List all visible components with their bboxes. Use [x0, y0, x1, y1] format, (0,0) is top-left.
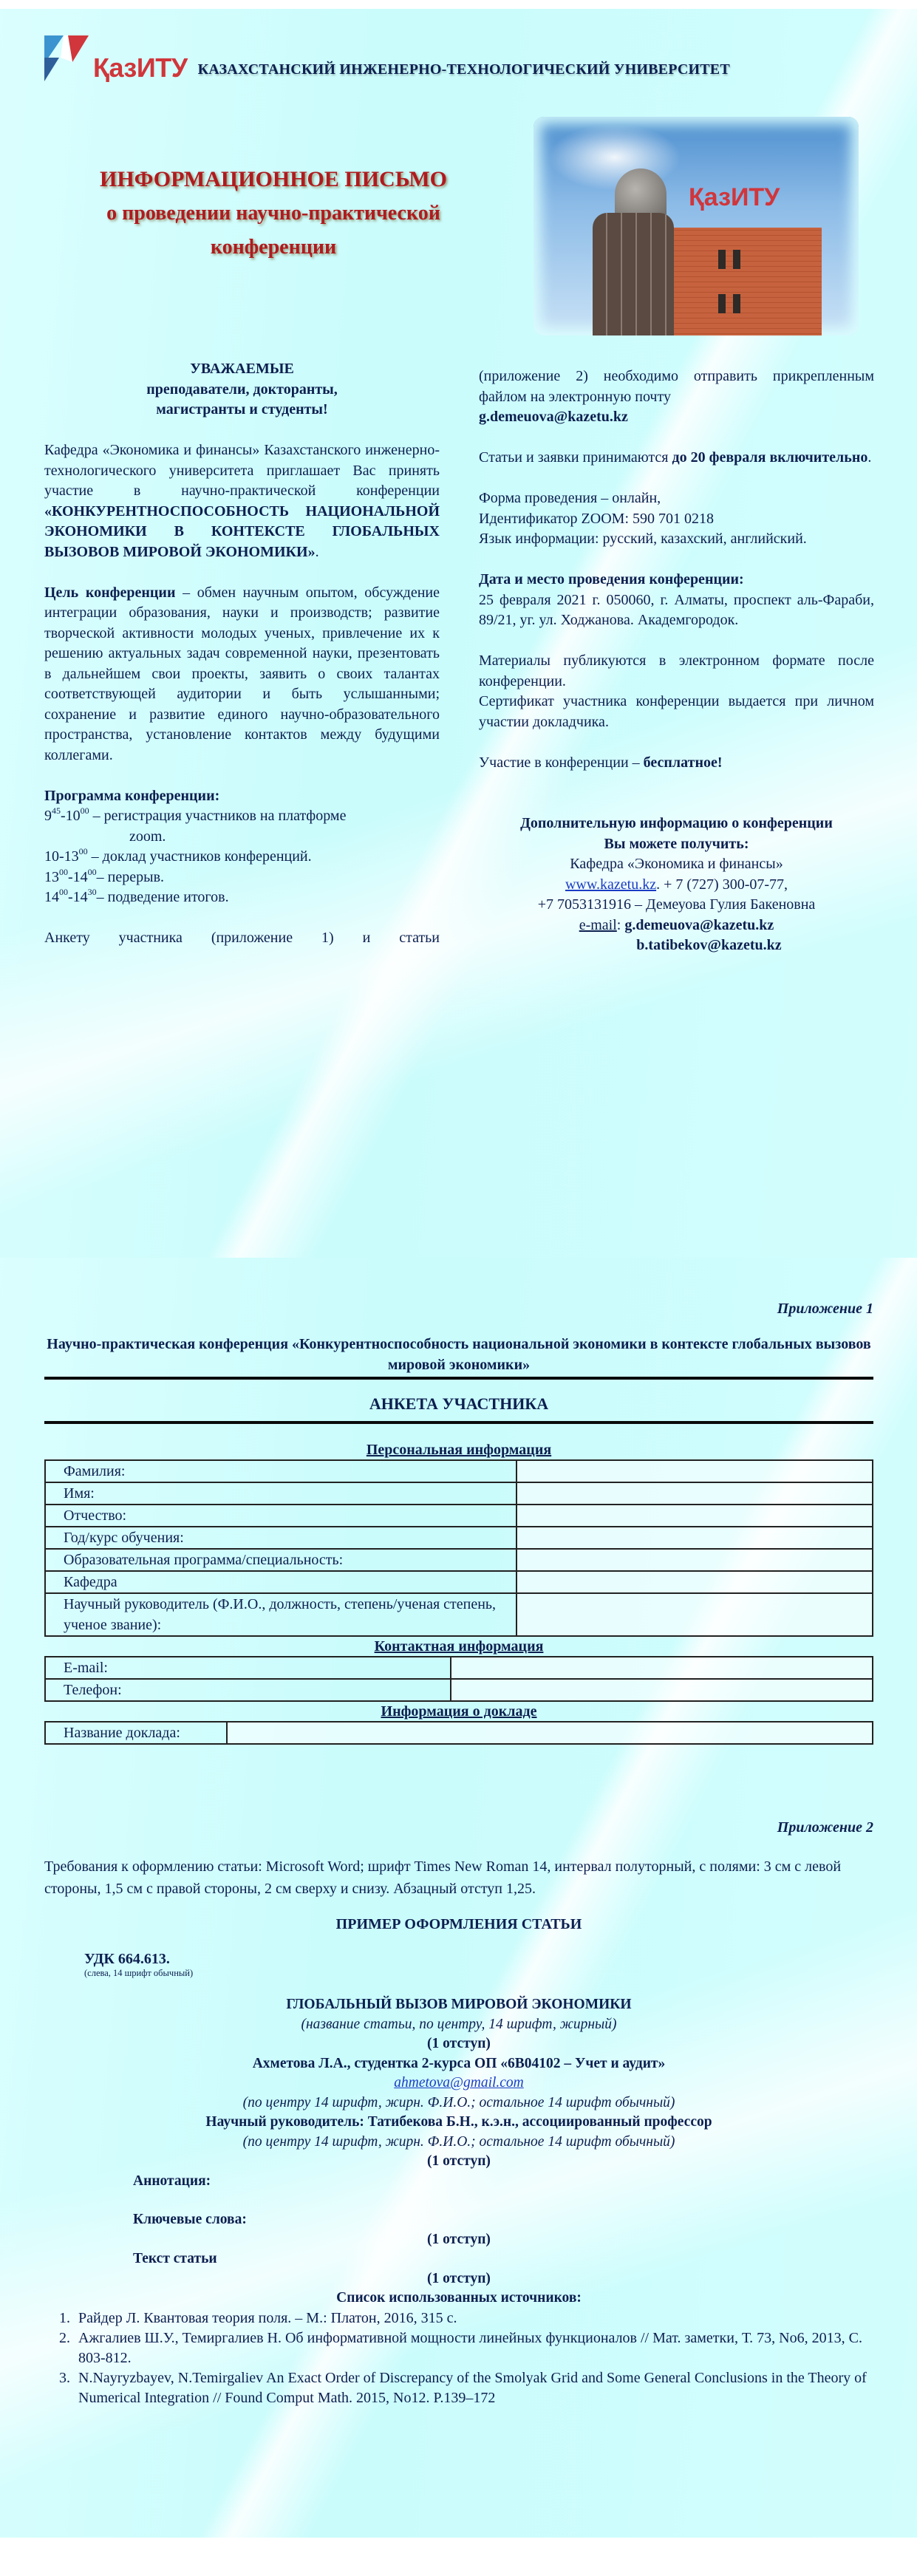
- program-title: Программа конференции:: [44, 786, 440, 807]
- form-field-input[interactable]: [517, 1571, 873, 1593]
- greeting-line-2: преподаватели, докторанты,: [44, 380, 440, 401]
- university-name: КАЗАХСТАНСКИЙ ИНЖЕНЕРНО-ТЕХНОЛОГИЧЕСКИЙ …: [198, 61, 730, 78]
- form-field-label: Фамилия:: [45, 1460, 517, 1482]
- program-item: 1300-1400– перерыв.: [44, 868, 440, 888]
- contacts-department: Кафедра «Экономика и финансы»: [479, 854, 874, 875]
- form-field-input[interactable]: [517, 1527, 873, 1549]
- email-label: e-mail: [579, 917, 617, 933]
- references-title: Список использованных источников:: [44, 2289, 873, 2308]
- author-line: Ахметова Л.А., студентка 2-курса ОП «6В0…: [44, 2054, 873, 2074]
- form-field-input[interactable]: [517, 1505, 873, 1527]
- form-field-label: E-mail:: [45, 1657, 451, 1679]
- goal-label: Цель конференции: [44, 585, 175, 601]
- zoom-id: Идентификатор ZOOM: 590 701 0218: [479, 509, 874, 530]
- annotation-label: Аннотация:: [44, 2172, 873, 2192]
- form-field-label: Кафедра: [45, 1571, 517, 1593]
- contact-email-1[interactable]: g.demeuova@kazetu.kz: [624, 917, 774, 933]
- author-email-link[interactable]: ahmetova@gmail.com: [394, 2075, 524, 2091]
- appendix-conference-title: Научно-практическая конференция «Конкуре…: [44, 1334, 873, 1375]
- form-field-input[interactable]: [227, 1722, 873, 1744]
- form-field-input[interactable]: [517, 1482, 873, 1505]
- greeting-line-3: магистранты и студенты!: [44, 400, 440, 420]
- contact-info-table: E-mail:Телефон:: [44, 1656, 873, 1702]
- form-title: АНКЕТА УЧАСТНИКА: [44, 1394, 873, 1414]
- article-title: ГЛОБАЛЬНЫЙ ВЫЗОВ МИРОВОЙ ЭКОНОМИКИ: [44, 1995, 873, 2015]
- indent-marker: (1 отступ): [44, 2269, 873, 2289]
- title-sub-1: о проведении научно-практической: [44, 197, 502, 231]
- program-item: 945-1000 – регистрация участников на пла…: [44, 806, 440, 827]
- supervisor-note: (по центру 14 шрифт, жирн. Ф.И.О.; остал…: [44, 2133, 873, 2153]
- indent-marker: (1 отступ): [44, 2230, 873, 2250]
- program-item: 1400-1430– подведение итогов.: [44, 887, 440, 908]
- reference-item: Ажгалиев Ш.У., Темиргалиев Н. Об информа…: [74, 2328, 873, 2368]
- references-list: Райдер Л. Квантовая теория поля. – М.: П…: [44, 2308, 873, 2408]
- reference-item: Райдер Л. Квантовая теория поля. – М.: П…: [74, 2308, 873, 2328]
- appendix-1-label: Приложение 1: [44, 1301, 873, 1318]
- goal-paragraph: Цель конференции – обмен научным опытом,…: [44, 583, 440, 766]
- article-text-label: Текст статьи: [44, 2249, 873, 2269]
- greeting-line-1: УВАЖАЕМЫЕ: [44, 359, 440, 380]
- form-field-label: Научный руководитель (Ф.И.О., должность,…: [45, 1593, 517, 1636]
- form-row: Имя:: [45, 1482, 873, 1505]
- submission-text-right: (приложение 2) необходимо отправить прик…: [479, 368, 874, 405]
- greeting: УВАЖАЕМЫЕ преподаватели, докторанты, маг…: [44, 359, 440, 420]
- supervisor-line: Научный руководитель: Татибекова Б.Н., к…: [44, 2113, 873, 2133]
- report-info-table: Название доклада:: [44, 1721, 873, 1745]
- invitation-paragraph: Кафедра «Экономика и финансы» Казахстанс…: [44, 440, 440, 562]
- materials: Материалы публикуются в электронном форм…: [479, 651, 874, 732]
- appendix-2-label: Приложение 2: [44, 1819, 873, 1836]
- conference-name: «КОНКУРЕНТНОСПОСОБНОСТЬ НАЦИОНАЛЬНОЙ ЭКО…: [44, 503, 440, 560]
- contact-email-2[interactable]: b.tatibekov@kazetu.kz: [636, 937, 781, 953]
- article-title-note: (название статьи, по центру, 14 шрифт, ж…: [44, 2015, 873, 2035]
- reference-item: N.Nayryzbayev, N.Temirgaliev An Exact Or…: [74, 2368, 873, 2408]
- form-row: Телефон:: [45, 1679, 873, 1701]
- invitation-end: .: [316, 544, 319, 560]
- form-field-input[interactable]: [517, 1549, 873, 1571]
- date-place-text: 25 февраля 2021 г. 050060, г. Алматы, пр…: [479, 590, 874, 631]
- fee: Участие в конференции – бесплатное!: [479, 753, 874, 774]
- contacts: Дополнительную информацию о конференции …: [479, 814, 874, 956]
- form-row: Отчество:: [45, 1505, 873, 1527]
- udk-note: (слева, 14 шрифт обычный): [44, 1968, 873, 1979]
- materials-line-1: Материалы публикуются в электронном форм…: [479, 651, 874, 692]
- udk: УДК 664.613.: [44, 1951, 873, 1968]
- title-main: ИНФОРМАЦИОННОЕ ПИСЬМО: [44, 163, 502, 197]
- personal-info-table: Фамилия:Имя:Отчество:Год/курс обучения:О…: [44, 1459, 873, 1637]
- left-column: УВАЖАЕМЫЕ преподаватели, докторанты, маг…: [44, 359, 440, 949]
- section-contact-title: Контактная информация: [44, 1637, 873, 1656]
- form-row: Фамилия:: [45, 1460, 873, 1482]
- fee-value: бесплатное!: [644, 754, 723, 771]
- website-link[interactable]: www.kazetu.kz: [565, 876, 656, 893]
- goal-text: – обмен научным опытом, обсуждение интег…: [44, 585, 440, 763]
- author-note: (по центру 14 шрифт, жирн. Ф.И.О.; остал…: [44, 2093, 873, 2113]
- form-field-label: Образовательная программа/специальность:: [45, 1549, 517, 1571]
- letter-title: ИНФОРМАЦИОННОЕ ПИСЬМО о проведении научн…: [44, 163, 502, 265]
- form-field-input[interactable]: [517, 1593, 873, 1636]
- form-field-label: Название доклада:: [45, 1722, 227, 1744]
- form-row: E-mail:: [45, 1657, 873, 1679]
- program-item-cont: zoom.: [44, 827, 440, 848]
- submission-email[interactable]: g.demeuova@kazetu.kz: [479, 409, 628, 425]
- form-row: Год/курс обучения:: [45, 1527, 873, 1549]
- date-place-title: Дата и место проведения конференции:: [479, 570, 874, 590]
- section-personal-title: Персональная информация: [44, 1440, 873, 1459]
- submission-text-left: Анкету участника (приложение 1) и статьи: [44, 928, 440, 949]
- building-sign: ҚазИТУ: [689, 183, 780, 212]
- right-column: (приложение 2) необходимо отправить прик…: [479, 367, 874, 956]
- contacts-title-1: Дополнительную информацию о конференции: [479, 814, 874, 834]
- appendix-2: Приложение 2 Требования к оформлению ста…: [44, 1819, 873, 2408]
- program: Программа конференции: 945-1000 – регист…: [44, 786, 440, 908]
- contacts-title-2: Вы можете получить:: [479, 834, 874, 855]
- form-row: Образовательная программа/специальность:: [45, 1549, 873, 1571]
- form-field-label: Имя:: [45, 1482, 517, 1505]
- header: ҚазИТУ КАЗАХСТАНСКИЙ ИНЖЕНЕРНО-ТЕХНОЛОГИ…: [44, 35, 730, 81]
- university-building-photo: ҚазИТУ: [534, 117, 859, 335]
- indent-marker: (1 отступ): [44, 2152, 873, 2172]
- phone-2: +7 7053131916 – Демеуова Гулия Бакеновна: [479, 895, 874, 916]
- format-info: Форма проведения – онлайн, Идентификатор…: [479, 488, 874, 550]
- form-field-label: Отчество:: [45, 1505, 517, 1527]
- page-1: ҚазИТУ КАЗАХСТАНСКИЙ ИНЖЕНЕРНО-ТЕХНОЛОГИ…: [0, 9, 917, 1258]
- appendix-1: Приложение 1 Научно-практическая конфере…: [44, 1301, 873, 1745]
- program-item: 10-1300 – доклад участников конференций.: [44, 847, 440, 868]
- submission-paragraph: (приложение 2) необходимо отправить прик…: [479, 367, 874, 428]
- deadline: Статьи и заявки принимаются до 20 феврал…: [479, 448, 874, 468]
- keywords-label: Ключевые слова:: [44, 2210, 873, 2230]
- requirements-text: Требования к оформлению статьи: Microsof…: [44, 1856, 873, 1900]
- example-title: ПРИМЕР ОФОРМЛЕНИЯ СТАТЬИ: [44, 1916, 873, 1933]
- form-row: Название доклада:: [45, 1722, 873, 1744]
- form-field-label: Телефон:: [45, 1679, 451, 1701]
- date-place: Дата и место проведения конференции: 25 …: [479, 570, 874, 631]
- form-field-input[interactable]: [517, 1460, 873, 1482]
- form-row: Научный руководитель (Ф.И.О., должность,…: [45, 1593, 873, 1636]
- logo-text: ҚазИТУ: [93, 55, 188, 81]
- deadline-date: до 20 февраля включительно: [672, 449, 867, 466]
- article-sample: ГЛОБАЛЬНЫЙ ВЫЗОВ МИРОВОЙ ЭКОНОМИКИ (назв…: [44, 1995, 873, 2308]
- indent-marker: (1 отступ): [44, 2034, 873, 2054]
- title-sub-2: конференции: [44, 231, 502, 265]
- form-field-input[interactable]: [451, 1679, 873, 1701]
- phone-1: . + 7 (727) 300-07-77,: [656, 876, 788, 893]
- materials-line-2: Сертификат участника конференции выдаетс…: [479, 692, 874, 732]
- form-field-input[interactable]: [451, 1657, 873, 1679]
- page-2: Приложение 1 Научно-практическая конфере…: [0, 1258, 917, 2538]
- language-line: Язык информации: русский, казахский, анг…: [479, 529, 874, 550]
- format-line: Форма проведения – онлайн,: [479, 488, 874, 509]
- section-report-title: Информация о докладе: [44, 1702, 873, 1721]
- kazitu-logo-icon: [44, 35, 89, 81]
- form-field-label: Год/курс обучения:: [45, 1527, 517, 1549]
- invitation-text: Кафедра «Экономика и финансы» Казахстанс…: [44, 442, 440, 499]
- form-row: Кафедра: [45, 1571, 873, 1593]
